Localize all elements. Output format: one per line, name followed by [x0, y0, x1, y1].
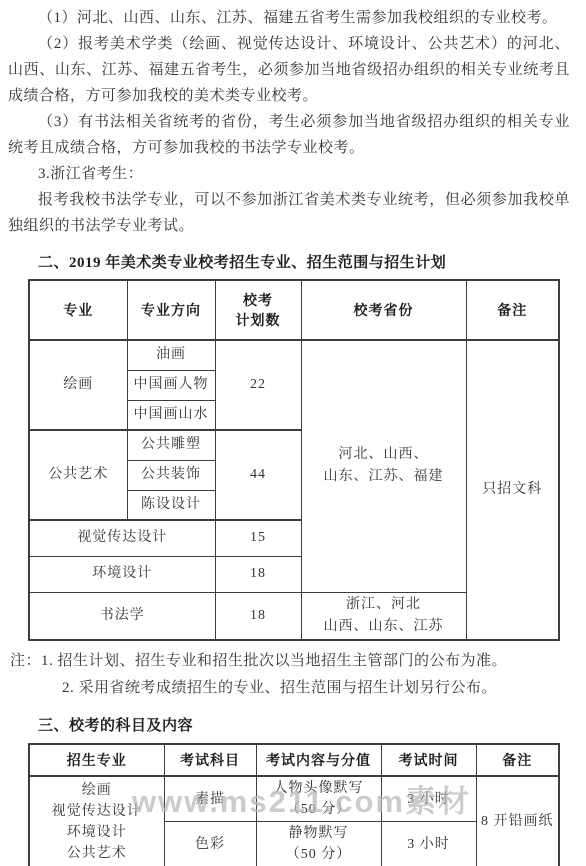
cell-dir-chinese-figure: 中国画人物	[127, 370, 215, 400]
col-header-exam-subject: 考试科目	[164, 744, 256, 776]
cell-major-calligraphy: 书法学	[29, 592, 215, 640]
cell-content-still-life: 静物默写 （50 分）	[256, 822, 381, 866]
cell-time-color: 3 小时	[381, 822, 476, 866]
exam-subjects-table: 招生专业 考试科目 考试内容与分值 考试时间 备注 绘画 视觉传达设计 环境设计…	[28, 743, 560, 866]
col-header-provinces: 校考省份	[301, 280, 466, 340]
table-row: 绘画 视觉传达设计 环境设计 公共艺术 素描 人物头像默写 （50 分） 3 小…	[29, 776, 559, 822]
cell-quota-painting: 22	[215, 340, 301, 430]
cell-major-environment-design: 环境设计	[29, 556, 215, 592]
cell-remark-liberal-arts: 只招文科	[466, 340, 559, 640]
cell-quota-calligraphy: 18	[215, 592, 301, 640]
cell-quota-public-art: 44	[215, 430, 301, 520]
col-header-remark: 备注	[466, 280, 559, 340]
cell-dir-chinese-landscape: 中国画山水	[127, 400, 215, 430]
col-header-direction: 专业方向	[127, 280, 215, 340]
col-header-exam-content: 考试内容与分值	[256, 744, 381, 776]
note-2: 2. 采用省统考成绩招生的专业、招生范围与招生计划另行公布。	[62, 675, 570, 702]
cell-quota-environment-design: 18	[215, 556, 301, 592]
cell-subject-color: 色彩	[164, 822, 256, 866]
table-header-row: 招生专业 考试科目 考试内容与分值 考试时间 备注	[29, 744, 559, 776]
col-header-enroll-major: 招生专业	[29, 744, 164, 776]
cell-content-portrait: 人物头像默写 （50 分）	[256, 776, 381, 822]
cell-quota-visual-design: 15	[215, 520, 301, 556]
cell-major-painting: 绘画	[29, 340, 127, 430]
section-heading-exam-subjects: 三、校考的科目及内容	[8, 714, 570, 738]
table-header-row: 专业 专业方向 校考 计划数 校考省份 备注	[29, 280, 559, 340]
cell-major-public-art: 公共艺术	[29, 430, 127, 520]
paragraph-3: （3）有书法相关省统考的省份，考生必须参加当地省级招办组织的相关专业统考且成绩合…	[8, 109, 570, 161]
col-header-major: 专业	[29, 280, 127, 340]
cell-dir-furnishing-design: 陈设设计	[127, 490, 215, 520]
paragraph-1: （1）河北、山西、山东、江苏、福建五省考生需参加我校组织的专业校考。	[8, 5, 570, 31]
cell-provinces-calligraphy: 浙江、河北 山西、山东、江苏	[301, 592, 466, 640]
paragraph-5: 报考我校书法学专业，可以不参加浙江省美术类专业统考，但必须参加我校单独组织的书法…	[8, 187, 570, 239]
col-header-exam-time: 考试时间	[381, 744, 476, 776]
cell-major-visual-design: 视觉传达设计	[29, 520, 215, 556]
note-1: 注：1. 招生计划、招生专业和招生批次以当地招生主管部门的公布为准。	[10, 648, 570, 675]
admissions-plan-table: 专业 专业方向 校考 计划数 校考省份 备注 绘画 油画 22 河北、山西、 山…	[28, 279, 560, 641]
document-page: （1）河北、山西、山东、江苏、福建五省考生需参加我校组织的专业校考。 （2）报考…	[0, 0, 586, 866]
cell-remark-paper: 8 开铅画纸	[476, 776, 559, 866]
cell-dir-oil-painting: 油画	[127, 340, 215, 370]
cell-time-sketch: 3 小时	[381, 776, 476, 822]
section-heading-admissions-plan: 二、2019 年美术类专业校考招生专业、招生范围与招生计划	[8, 251, 570, 275]
cell-dir-public-sculpture: 公共雕塑	[127, 430, 215, 460]
col-header-quota: 校考 计划数	[215, 280, 301, 340]
cell-subject-sketch: 素描	[164, 776, 256, 822]
table-row: 绘画 油画 22 河北、山西、 山东、江苏、福建 只招文科	[29, 340, 559, 370]
cell-enroll-majors: 绘画 视觉传达设计 环境设计 公共艺术	[29, 776, 164, 866]
paragraph-4: 3.浙江省考生：	[8, 161, 570, 187]
col-header-exam-remark: 备注	[476, 744, 559, 776]
cell-dir-public-decoration: 公共装饰	[127, 460, 215, 490]
cell-provinces-main: 河北、山西、 山东、江苏、福建	[301, 340, 466, 592]
paragraph-2: （2）报考美术学类（绘画、视觉传达设计、环境设计、公共艺术）的河北、山西、山东、…	[8, 31, 570, 109]
